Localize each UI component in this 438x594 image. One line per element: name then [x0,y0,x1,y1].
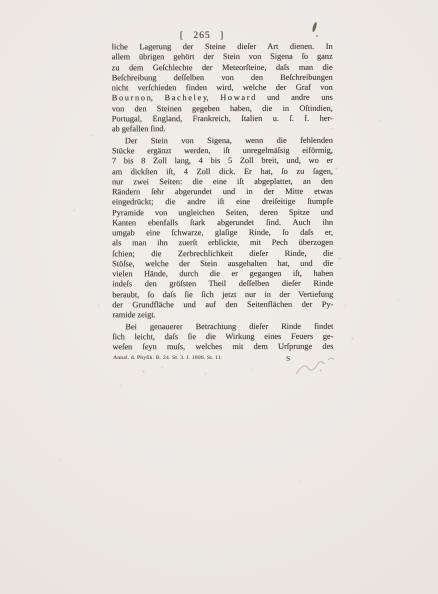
paragraph: Bei genauerer Betrachtung dieſer Rinde f… [112,321,333,352]
text-line: der Grundfläche und auf den Seitenfläche… [112,299,333,310]
text-line: liche Lagerung der Steine dieſer Art die… [112,41,333,52]
page-number: [ 265 ] [112,31,292,41]
text-line: ab gefallen ſind. [112,123,333,134]
text-line: Rändern ſehr abgerundet und in der Mitte… [112,186,333,197]
text-line: ſich leicht, daſs ſie die Wirkung eines … [112,331,333,342]
text-line: zu dem Geſchlechte der Meteorſteine, daſ… [112,62,333,73]
text-line: am dickſten iſt, 4 Zoll dick. Er hat, ſo… [112,166,333,177]
text-line: allem übrigen gehört der Stein von Sigen… [112,51,333,62]
text-line: Stöſse, welche der Stein ausgehalten hat… [112,258,333,269]
footer-citation: Annal. d. Phyſik. B. 24. St. 3. J. 1806.… [113,355,222,361]
text-line: Der Stein von Sigena, wenn die fehlenden [112,135,333,146]
body-text-block: liche Lagerung der Steine dieſer Art die… [112,41,334,352]
text-line: eingedrückt; die andre iſt eine dreiſeit… [112,196,333,207]
pencil-squiggle-mark [293,355,337,379]
paragraph: Der Stein von Sigena, wenn die fehlenden… [112,135,333,320]
text-line: ramide zeigt. [112,309,333,320]
text-line: ſchien; die Zerbrechlichkeit dieſer Rind… [112,248,333,259]
text-line: Beſchreibung deſſelben von den Beſchreib… [112,72,333,83]
scanned-journal-page: { "page": { "page_number": "[ 265 ]", "p… [0,0,438,594]
text-line: Kanten ebenfalls ſtark abgerundet ſind. … [112,217,333,228]
dust-speckle-overlay [0,0,1,1]
text-line: vielen Hände, durch die er gegangen iſt,… [112,268,333,279]
text-line: nicht verſchieden finden wird, welche de… [112,82,333,93]
text-line: als man ihn zuerſt erblickte, mit Pech ü… [112,237,333,248]
ink-blot-mark [312,22,318,32]
text-line: nur zwei Seiten: die eine iſt abgeplatte… [112,176,333,187]
text-line: indeſs den gröſsten Theil deſſelben dieſ… [112,278,333,289]
paragraph: liche Lagerung der Steine dieſer Art die… [112,41,333,134]
text-line: B o u r n o n, B a c h e l e y, H o w a … [112,92,333,103]
text-line: beraubt, ſo daſs ſie ſich jetzt nur in d… [112,289,333,300]
text-line: Bei genauerer Betrachtung dieſer Rinde f… [112,321,333,332]
text-line: 7 bis 8 Zoll lang, 4 bis 5 Zoll breit, u… [112,155,333,166]
text-line: umgab eine ſchwarze, glaſige Rinde, ſo d… [112,227,333,238]
text-line: Portugal, England, Frankreich, Italien u… [112,113,333,124]
ink-dot-mark [316,35,318,37]
text-line: weſen ſeyn muſs, welches mit dem Urſprun… [112,341,333,352]
text-line: von den Steinen gegeben haben, die in Oſ… [112,103,333,114]
text-line: Stücke ergänzt werden, iſt unregelmäſsig… [112,145,333,156]
text-line: Pyramide von ungleichen Seiten, deren Sp… [112,207,333,218]
signature-mark: S [286,354,290,363]
